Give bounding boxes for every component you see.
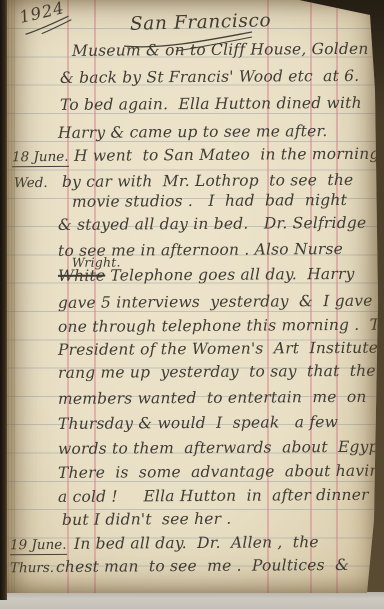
diary-line: Thursday & would I speak a few [6,413,378,440]
diary-line-text: There is some advantage about having [58,462,384,482]
diary-line-text: To bed again. Ella Hutton dined with [60,94,362,114]
diary-line: There is some advantage about having [6,462,378,489]
diary-line-text: & back by St Francis' Wood etc at 6. [60,67,359,87]
diary-line-text: Thursday & would I speak a few [58,413,338,433]
diary-line: Museum & on to Cliff House, Golden Gate [6,40,378,67]
diary-line-text: chest man to see me . Poultices & [56,556,349,576]
diary-line-text: gave 5 interviews yesterday & I gave [58,292,373,312]
diary-line: to see me in afternoon . Also Nurse [6,240,378,267]
diary-line-text: H went to San Mateo in the morning [74,145,380,165]
diary-line-text: a cold ! Ella Hutton in after dinner [58,486,369,506]
desk-surface [0,592,384,609]
diary-line: Thurs.chest man to see me . Poultices & [6,556,378,583]
diary-line: 18 June.H went to San Mateo in the morni… [6,145,378,172]
diary-line-text: rang me up yesterday to say that the [58,362,376,382]
binding-edge [0,0,7,600]
margin-date: 18 June. [12,149,69,167]
diary-line-text: words to them afterwards about Egypt . [58,438,384,458]
diary-line-text: Wright.White Telephone goes all day. Har… [58,265,355,285]
diary-line: members wanted to entertain me on [6,388,378,415]
year-annotation: 1924 [17,0,66,27]
diary-line: & stayed all day in bed. Dr. Selfridge [6,214,378,241]
diary-line-text: movie studios . I had bad night [72,191,347,211]
inserted-word: Wright. [72,254,121,269]
diary-line: gave 5 interviews yesterday & I gave [6,292,378,319]
diary-line: but I didn't see her . [6,509,378,536]
diary-line: rang me up yesterday to say that the [6,362,378,389]
diary-line-text: one through telephone this morning . The [58,316,384,336]
diary-line-text: President of the Women's Art Institute [58,339,378,359]
diary-line-text: by car with Mr. Lothrop to see the [62,171,353,191]
notebook-page: 1924 San Francisco Museum & on to Cliff … [6,0,378,593]
diary-line: To bed again. Ella Hutton dined with [6,94,378,121]
correction: Wright.White [58,267,105,285]
diary-line-text: & stayed all day in bed. Dr. Selfridge [58,214,366,234]
diary-line-text: Museum & on to Cliff House, Golden Gate [72,39,384,59]
margin-date: Thurs. [10,560,54,576]
margin-date: 19 June. [10,537,67,555]
margin-date: Wed. [14,175,48,191]
diary-line-text: Harry & came up to see me after. [58,122,328,142]
diary-line: & back by St Francis' Wood etc at 6. [6,67,378,94]
diary-line: Wright.White Telephone goes all day. Har… [6,265,378,292]
notebook-photo: 1924 San Francisco Museum & on to Cliff … [0,0,384,609]
diary-line-text: In bed all day. Dr. Allen , the [74,533,319,553]
diary-line: words to them afterwards about Egypt . [6,438,378,465]
diary-line-text: but I didn't see her . [62,510,232,529]
diary-line-text: members wanted to entertain me on [58,388,367,408]
